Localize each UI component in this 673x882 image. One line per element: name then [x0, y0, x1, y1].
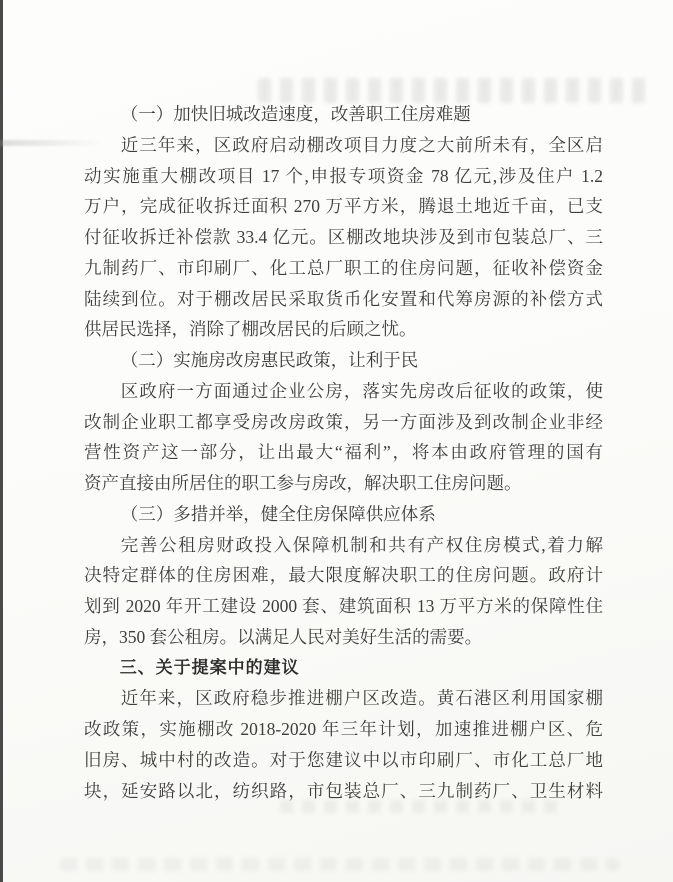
- text-line: 房，350 套公租房。以满足人民对美好生活的需要。: [84, 622, 603, 653]
- text-line: 陆续到位。对于棚改居民采取货币化安置和代筹房源的补偿方式: [84, 284, 603, 315]
- text-line: 旧房、城中村的改造。对于您建议中以市印刷厂、市化工总厂地: [84, 745, 603, 776]
- section-heading: （三）多措并举，健全住房保障供应体系: [84, 499, 603, 530]
- bleed-through-artifact: [60, 858, 620, 871]
- text-line: 九制药厂、市印刷厂、化工总厂职工的住房问题，征收补偿资金: [84, 253, 603, 284]
- text-line: 近三年来，区政府启动棚改项目力度之大前所未有，全区启: [84, 130, 603, 161]
- bold-heading: 三、关于提案中的建议: [84, 653, 603, 684]
- text-line: 区政府一方面通过企业公房，落实先房改后征收的政策，使: [84, 376, 603, 407]
- text-line: 营性资产这一部分，让出最大“福利”，将本由政府管理的国有: [84, 437, 603, 468]
- text-line: 近年来，区政府稳步推进棚户区改造。黄石港区利用国家棚: [84, 683, 603, 714]
- section-heading: （一）加快旧城改造速度，改善职工住房难题: [84, 99, 603, 130]
- text-line: 划到 2020 年开工建设 2000 套、建筑面积 13 万平方米的保障性住: [84, 591, 603, 622]
- document-content: （一）加快旧城改造速度，改善职工住房难题近三年来，区政府启动棚改项目力度之大前所…: [84, 99, 603, 806]
- document-page: （一）加快旧城改造速度，改善职工住房难题近三年来，区政府启动棚改项目力度之大前所…: [0, 0, 673, 882]
- text-line: 供居民选择，消除了棚改居民的后顾之忧。: [84, 314, 603, 345]
- text-line: 决特定群体的住房困难，最大限度解决职工的住房问题。政府计: [84, 560, 603, 591]
- text-line: 资产直接由所居住的职工参与房改，解决职工住房问题。: [84, 468, 603, 499]
- scan-edge-line: [0, 0, 3, 882]
- bleed-through-artifact: [280, 800, 565, 813]
- text-line: 改政策，实施棚改 2018-2020 年三年计划，加速推进棚户区、危: [84, 714, 603, 745]
- text-line: 完善公租房财政投入保障机制和共有产权住房模式,着力解: [84, 530, 603, 561]
- text-line: 付征收拆迁补偿款 33.4 亿元。区棚改地块涉及到市包装总厂、三: [84, 222, 603, 253]
- text-line: 动实施重大棚改项目 17 个,申报专项资金 78 亿元,涉及住户 1.2: [84, 161, 603, 192]
- section-heading: （二）实施房改房惠民政策，让利于民: [84, 345, 603, 376]
- text-line: 改制企业职工都享受房改房政策，另一方面涉及到改制企业非经: [84, 407, 603, 438]
- text-line: 万户，完成征收拆迁面积 270 万平方米，腾退土地近千亩，已支: [84, 191, 603, 222]
